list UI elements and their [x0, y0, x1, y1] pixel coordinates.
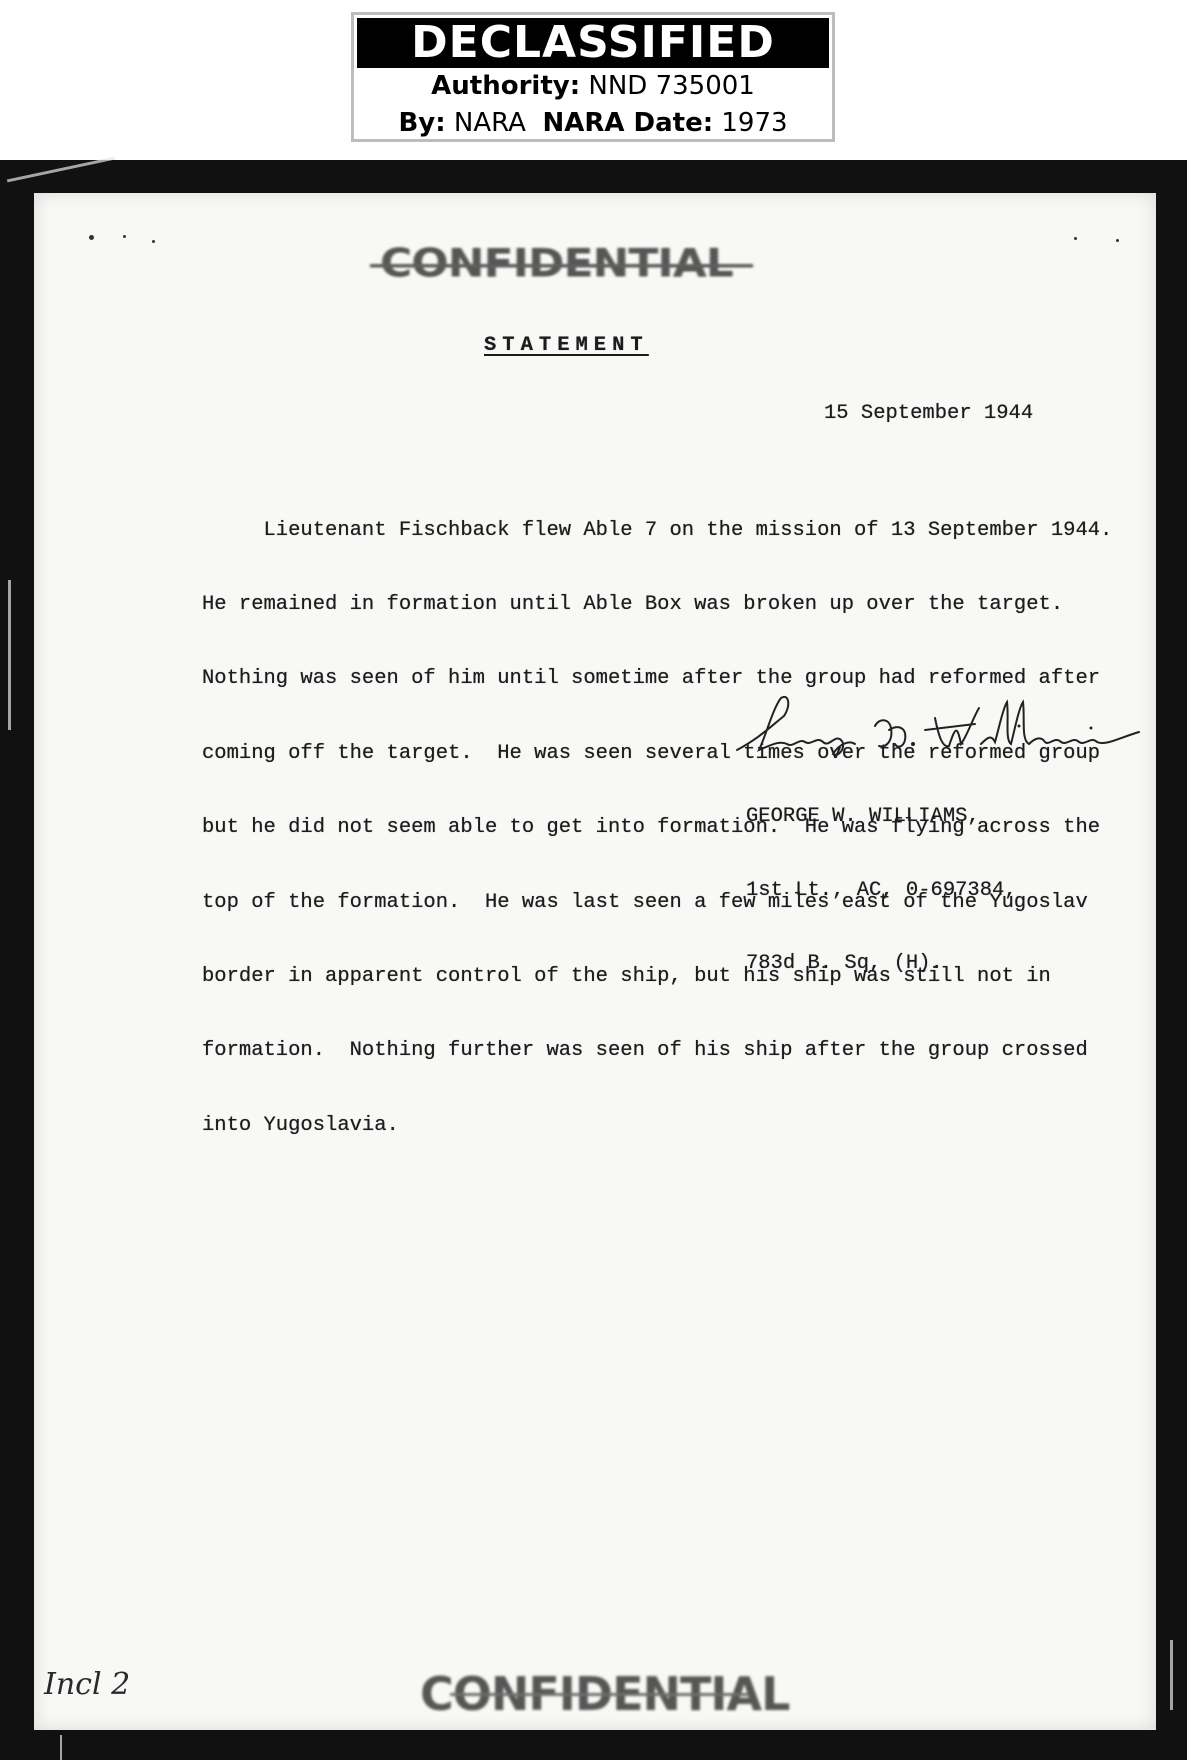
inclosure-note: Incl 2: [44, 1667, 130, 1702]
document-page: CONFIDENTIAL STATEMENT 15 September 1944…: [34, 193, 1156, 1730]
speck: [152, 240, 155, 243]
body-line: He remained in formation until Able Box …: [202, 593, 1112, 618]
scan-scratch: [60, 1735, 62, 1760]
body-line: formation. Nothing further was seen of h…: [202, 1039, 1112, 1064]
declassification-stamp: DECLASSIFIED Authority: NND 735001 By: N…: [351, 12, 835, 142]
by-value: NARA: [454, 108, 526, 138]
nara-date-value: 1973: [721, 108, 787, 138]
speck: [1074, 237, 1077, 240]
authority-line: Authority: NND 735001: [354, 70, 832, 102]
handwritten-signature: George W. Williams: [729, 688, 1149, 758]
scan-scratch: [8, 580, 11, 730]
by-date-line: By: NARA NARA Date: 1973: [354, 107, 832, 139]
signature-block: GEORGE W. WILLIAMS, 1st Lt., AC, 0-69738…: [746, 756, 1017, 1026]
declassified-title: DECLASSIFIED: [357, 18, 829, 68]
nara-date-label: NARA Date:: [542, 108, 713, 138]
speck: [123, 235, 126, 238]
document-date: 15 September 1944: [824, 401, 1033, 426]
classification-stamp-top: CONFIDENTIAL: [380, 241, 733, 287]
speck: [89, 235, 94, 240]
authority-label: Authority:: [431, 71, 580, 101]
speck: [1116, 239, 1119, 242]
by-label: By:: [398, 108, 445, 138]
document-title: STATEMENT: [484, 333, 649, 358]
signer-rank: 1st Lt., AC, 0-697384,: [746, 879, 1017, 904]
authority-value: NND 735001: [588, 71, 754, 101]
signer-unit: 783d B. Sq, (H).: [746, 952, 1017, 977]
body-line: Lieutenant Fischback flew Able 7 on the …: [202, 519, 1112, 544]
scan-frame: CONFIDENTIAL STATEMENT 15 September 1944…: [0, 160, 1187, 1760]
scan-scratch: [1170, 1640, 1173, 1710]
signer-name: GEORGE W. WILLIAMS,: [746, 805, 1017, 830]
body-line: into Yugoslavia.: [202, 1114, 1112, 1139]
classification-stamp-bottom: CONFIDENTIAL: [420, 1667, 789, 1721]
scan-scratch: [7, 157, 115, 183]
